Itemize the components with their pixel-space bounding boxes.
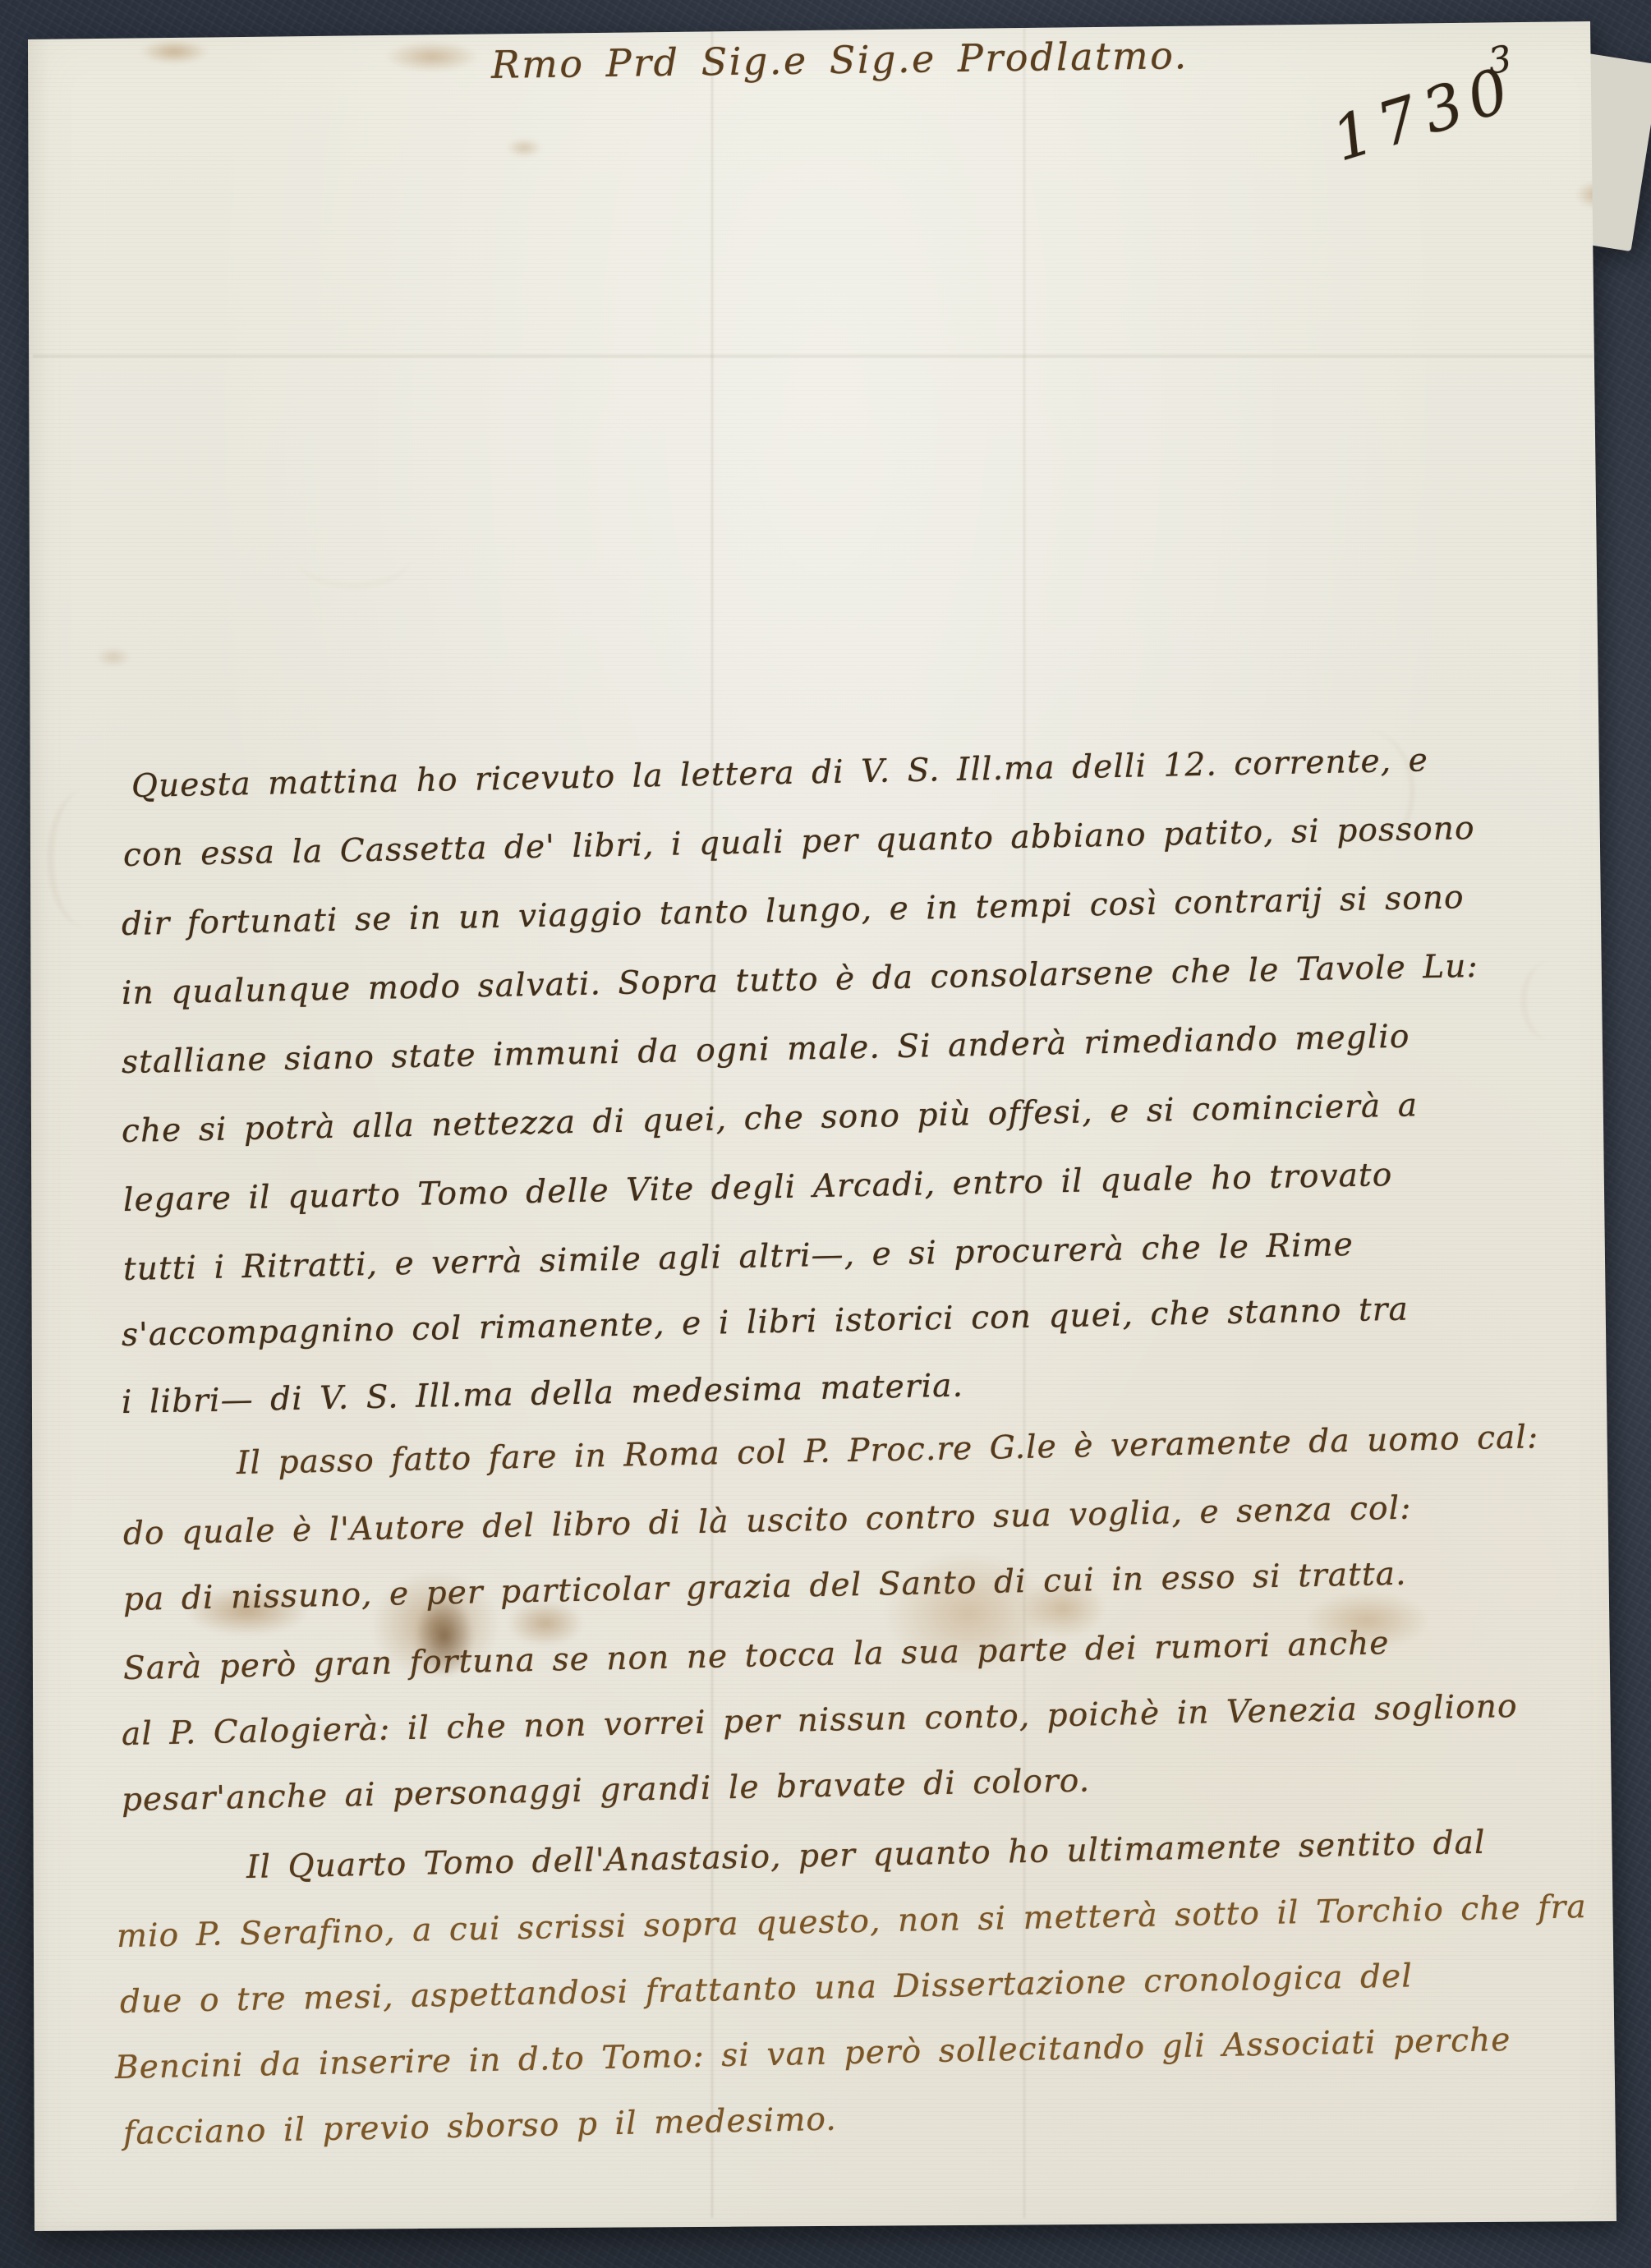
letter-line: pesar'anche ai personaggi grandi le brav…: [122, 1764, 1091, 1816]
letter-line: con essa la Cassetta de' libri, i quali …: [123, 812, 1475, 872]
letter-line: che si potrà alla nettezza di quei, che …: [122, 1089, 1419, 1148]
show-through-mark: [48, 789, 127, 928]
horizontal-fold-crease: [33, 355, 1594, 357]
letter-line: do quale è l'Autore del libro di là usci…: [123, 1493, 1412, 1550]
letter-line: Il Quarto Tomo dell'Anastasio, per quant…: [246, 1827, 1486, 1884]
letter-line: dir fortunati se in un viaggio tanto lun…: [122, 881, 1465, 941]
letter-line: tutti i Ritratti, e verrà simile agli al…: [123, 1229, 1354, 1286]
show-through-mark: [296, 526, 411, 588]
letter-line: stalliane siano state immuni da ogni mal…: [122, 1021, 1410, 1079]
photograph-of-letter: Rmo Prd Sig.e Sig.e Prodlatmo. 1730 3 Qu…: [0, 0, 1651, 2268]
letter-line: due o tre mesi, aspettandosi frattanto u…: [120, 1960, 1414, 2018]
letter-line: in qualunque modo salvati. Sopra tutto è…: [122, 950, 1479, 1010]
letter-line: s'accompagnino col rimanente, e i libri …: [122, 1294, 1410, 1351]
letter-line: Bencini da inserire in d.to Tomo: si van…: [115, 2024, 1511, 2084]
letter-salutation: Rmo Prd Sig.e Sig.e Prodlatmo.: [491, 33, 1189, 87]
stain: [506, 138, 542, 158]
letter-line: Il passo fatto fare in Roma col P. Proc.…: [237, 1421, 1539, 1479]
letter-line: al P. Calogierà: il che non vorrei per n…: [122, 1691, 1518, 1750]
letter-line: Questa mattina ho ricevuto la lettera di…: [131, 744, 1429, 803]
letter-line: mio P. Serafino, a cui scrissi sopra que…: [117, 1891, 1588, 1953]
letter-page: Rmo Prd Sig.e Sig.e Prodlatmo. 1730 3 Qu…: [0, 0, 1651, 2268]
stain: [384, 41, 480, 72]
letter-line: i libri— di V. S. Ill.ma della medesima …: [122, 1369, 964, 1419]
archival-date-superscript: 3: [1486, 38, 1515, 82]
letter-line: legare il quarto Tomo delle Vite degli A…: [123, 1159, 1393, 1217]
letter-line: Sarà però gran fortuna se non ne tocca l…: [123, 1627, 1390, 1685]
paper-sheet-wrap: Rmo Prd Sig.e Sig.e Prodlatmo. 1730 3 Qu…: [0, 0, 1651, 2268]
stain: [95, 647, 131, 667]
letter-line: pa di nissuno, e per particolar grazia d…: [123, 1558, 1407, 1616]
show-through-mark: [1521, 961, 1579, 1040]
stain: [140, 39, 209, 64]
letter-line: facciano il previo sborso p il medesimo.: [123, 2104, 838, 2150]
